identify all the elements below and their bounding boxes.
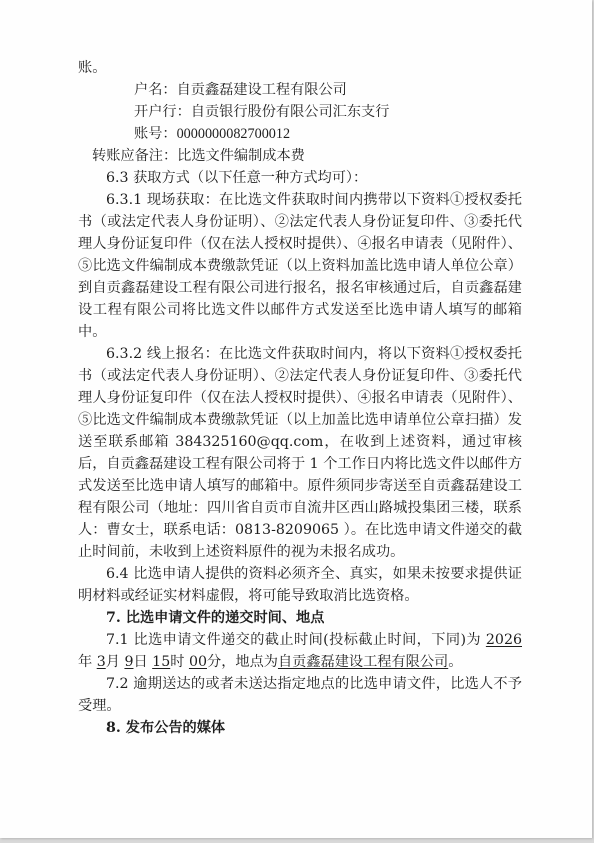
account-bank-value: 自贡银行股份有限公司汇东支行	[191, 104, 390, 120]
section-6-4: 6.4 比选申请人提供的资料必须齐全、真实，如果未按要求提供证明材料或经证实材料…	[78, 563, 522, 607]
deadline-place: 自贡鑫磊建设工程有限公司	[278, 654, 448, 670]
hour-suffix: 时	[170, 654, 189, 670]
document-body: 账。 户名：自贡鑫磊建设工程有限公司 开户行：自贡银行股份有限公司汇东支行 账号…	[78, 57, 522, 739]
section-8-heading: 8. 发布公告的媒体	[78, 717, 522, 739]
month-suffix: 月	[106, 654, 125, 670]
account-number: 账号：0000000082700012	[78, 123, 522, 145]
deadline-month: 3	[97, 654, 106, 670]
account-number-value: 0000000082700012	[177, 126, 291, 142]
minute-suffix: 分，地点为	[207, 654, 278, 670]
account-bank: 开户行：自贡银行股份有限公司汇东支行	[78, 101, 522, 123]
section-7-1: 7.1 比选申请文件递交的截止时间(投标截止时间，下同)为 2026年 3月 9…	[78, 629, 522, 673]
account-name-label: 户名：	[134, 82, 177, 98]
section-7-heading: 7. 比选申请文件的递交时间、地点	[78, 607, 522, 629]
s7-1-end: 。	[448, 654, 462, 670]
transfer-note: 转账应备注：比选文件编制成本费	[78, 145, 522, 167]
account-bank-label: 开户行：	[134, 104, 191, 120]
section-6-3-2: 6.3.2 线上报名：在比选文件获取时间内，将以下资料①授权委托书（或法定代表人…	[78, 343, 522, 563]
section-6-3-1: 6.3.1 现场获取：在比选文件获取时间内携带以下资料①授权委托书（或法定代表人…	[78, 189, 522, 343]
continuation-text: 账。	[78, 57, 522, 79]
deadline-minute: 00	[189, 654, 207, 670]
deadline-hour: 15	[152, 654, 170, 670]
s7-1-prefix: 7.1 比选申请文件递交的截止时间(投标截止时间，下同)为	[106, 632, 486, 648]
document-page: 账。 户名：自贡鑫磊建设工程有限公司 开户行：自贡银行股份有限公司汇东支行 账号…	[0, 0, 592, 838]
section-7-2: 7.2 逾期送达的或者未送达指定地点的比选申请文件，比选人不予受理。	[78, 673, 522, 717]
deadline-year: 2026	[486, 632, 522, 648]
account-name-value: 自贡鑫磊建设工程有限公司	[177, 82, 347, 98]
section-6-3: 6.3 获取方式（以下任意一种方式均可）：	[78, 167, 522, 189]
day-suffix: 日	[133, 654, 152, 670]
account-name: 户名：自贡鑫磊建设工程有限公司	[78, 79, 522, 101]
year-suffix: 年	[78, 654, 97, 670]
account-number-label: 账号：	[134, 126, 177, 142]
